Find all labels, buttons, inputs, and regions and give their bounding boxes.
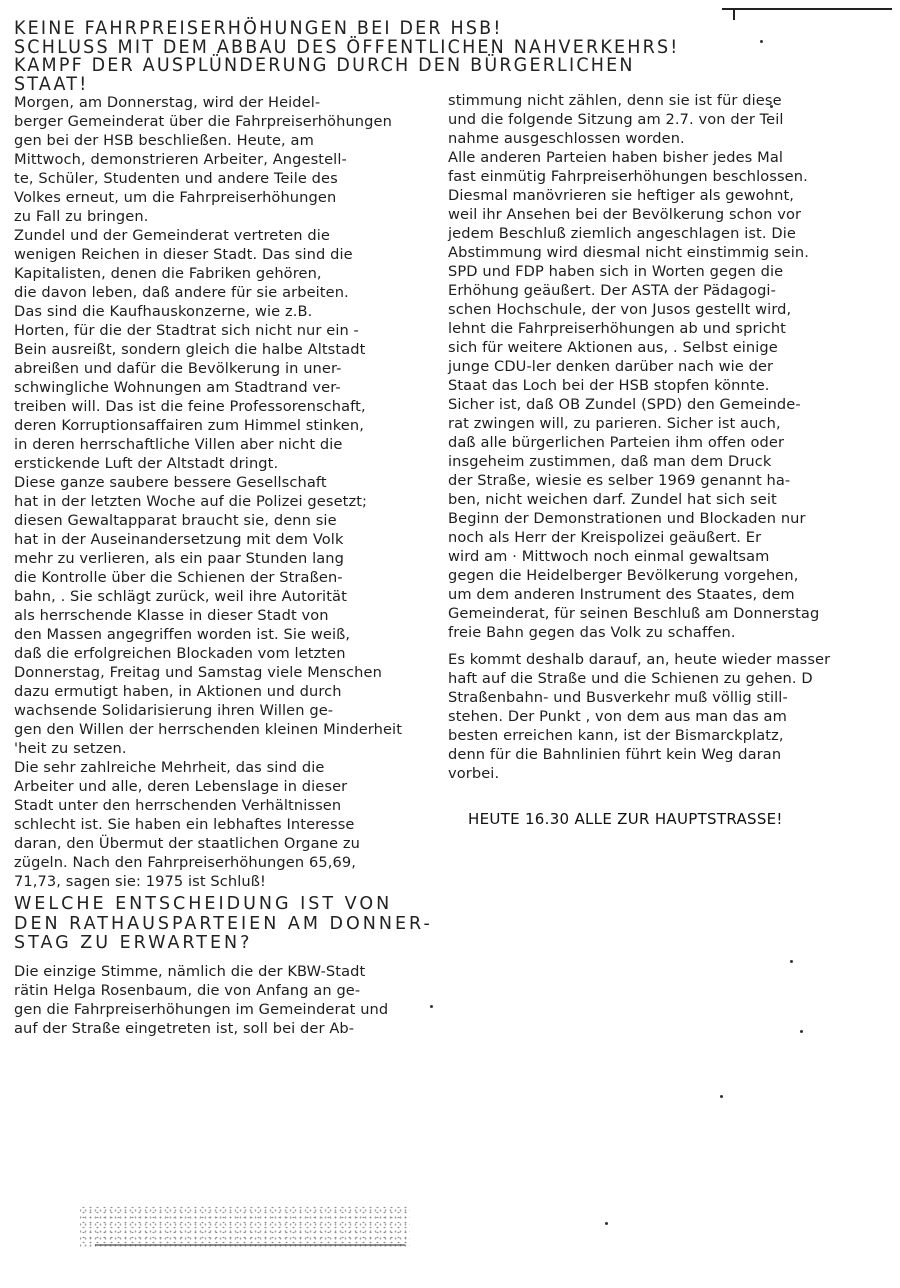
call-to-action: HEUTE 16.30 ALLE ZUR HAUPTSTRASSE! (468, 810, 893, 829)
text-line: schen Hochschule, der von Jusos gestellt… (448, 300, 893, 319)
text-line: deren Korruptionsaffairen zum Himmel sti… (14, 416, 444, 435)
text-line: hat in der Auseinandersetzung mit dem Vo… (14, 530, 444, 549)
text-line: die Kontrolle über die Schienen der Stra… (14, 568, 444, 587)
text-line: Arbeiter und alle, deren Lebenslage in d… (14, 777, 444, 796)
text-line: gegen die Heidelberger Bevölkerung vorge… (448, 566, 893, 585)
text-line: daran, den Übermut der staatlichen Organ… (14, 834, 444, 853)
text-line: zu Fall zu bringen. (14, 207, 444, 226)
text-line: te, Schüler, Studenten und andere Teile … (14, 169, 444, 188)
headline-line: KAMPF DER AUSPLÜNDERUNG DURCH DEN BÜRGER… (14, 57, 754, 76)
text-line: daß alle bürgerlichen Parteien ihm offen… (448, 433, 893, 452)
text-line: SPD und FDP haben sich in Worten gegen d… (448, 262, 893, 281)
text-line: der Straße, wiesie es selber 1969 genann… (448, 471, 893, 490)
text-line: um dem anderen Instrument des Staates, d… (448, 585, 893, 604)
top-border-tick (733, 8, 735, 20)
left-body-2: Die einzige Stimme, nämlich die der KBW-… (14, 962, 444, 1038)
text-line: mehr zu verlieren, als ein paar Stunden … (14, 549, 444, 568)
text-line: junge CDU-ler denken darüber nach wie de… (448, 357, 893, 376)
text-line: schwingliche Wohnungen am Stadtrand ver- (14, 378, 444, 397)
flyer-page: KEINE FAHRPREISERHÖHUNGEN BEI DER HSB! S… (0, 0, 900, 1288)
text-line: Diesmal manövrieren sie heftiger als gew… (448, 186, 893, 205)
headline-line: KEINE FAHRPREISERHÖHUNGEN BEI DER HSB! (14, 20, 754, 39)
text-line: Gemeinderat, für seinen Beschluß am Donn… (448, 604, 893, 623)
text-line: freie Bahn gegen das Volk zu schaffen. (448, 623, 893, 642)
text-line: gen bei der HSB beschließen. Heute, am (14, 131, 444, 150)
text-line: Volkes erneut, um die Fahrpreiserhöhunge… (14, 188, 444, 207)
text-line: Abstimmung wird diesmal nicht einstimmig… (448, 243, 893, 262)
text-line: noch als Herr der Kreispolizei geäußert.… (448, 528, 893, 547)
paragraph-gap (448, 642, 893, 650)
text-line: Stadt unter den herrschenden Verhältniss… (14, 796, 444, 815)
text-line: wachsende Solidarisierung ihren Willen g… (14, 701, 444, 720)
text-line: Erhöhung geäußert. Der ASTA der Pädagogi… (448, 281, 893, 300)
text-line: erstickende Luft der Altstadt dringt. (14, 454, 444, 473)
headline: KEINE FAHRPREISERHÖHUNGEN BEI DER HSB! S… (14, 20, 754, 94)
text-line: Alle anderen Parteien haben bisher jedes… (448, 148, 893, 167)
subheading: WELCHE ENTSCHEIDUNG IST VON DEN RATHAUSP… (14, 895, 444, 954)
text-line: treiben will. Das ist die feine Professo… (14, 397, 444, 416)
text-line: daß die erfolgreichen Blockaden vom letz… (14, 644, 444, 663)
text-line: diesen Gewaltapparat braucht sie, denn s… (14, 511, 444, 530)
text-line: Morgen, am Donnerstag, wird der Heidel- (14, 93, 444, 112)
text-line: Straßenbahn- und Busverkehr muß völlig s… (448, 688, 893, 707)
text-line: nahme ausgeschlossen worden. (448, 129, 893, 148)
photocopy-noise-line (95, 1244, 405, 1246)
text-line: gen den Willen der herrschenden kleinen … (14, 720, 444, 739)
text-line: auf der Straße eingetreten ist, soll bei… (14, 1019, 444, 1038)
text-line: stehen. Der Punkt , von dem aus man das … (448, 707, 893, 726)
text-line: Kapitalisten, denen die Fabriken gehören… (14, 264, 444, 283)
text-line: Das sind die Kaufhauskonzerne, wie z.B. (14, 302, 444, 321)
left-body-1: Morgen, am Donnerstag, wird der Heidel-b… (14, 93, 444, 891)
text-line: und die folgende Sitzung am 2.7. von der… (448, 110, 893, 129)
subheading-line: WELCHE ENTSCHEIDUNG IST VON (14, 895, 444, 915)
speck (430, 1005, 433, 1008)
text-line: fast einmütig Fahrpreiserhöhungen beschl… (448, 167, 893, 186)
speck (770, 105, 773, 108)
text-line: denn für die Bahnlinien führt kein Weg d… (448, 745, 893, 764)
text-line: den Massen angegriffen worden ist. Sie w… (14, 625, 444, 644)
text-line: Die einzige Stimme, nämlich die der KBW-… (14, 962, 444, 981)
speck (800, 1030, 803, 1033)
right-body-2: Es kommt deshalb darauf, an, heute wiede… (448, 650, 893, 783)
text-line: Horten, für die der Stadtrat sich nicht … (14, 321, 444, 340)
text-line: in deren herrschaftliche Villen aber nic… (14, 435, 444, 454)
text-line: Donnerstag, Freitag und Samstag viele Me… (14, 663, 444, 682)
text-line: Beginn der Demonstrationen und Blockaden… (448, 509, 893, 528)
text-line: wird am · Mittwoch noch einmal gewaltsam (448, 547, 893, 566)
subheading-line: DEN RATHAUSPARTEIEN AM DONNER- (14, 915, 444, 935)
text-line: wenigen Reichen in dieser Stadt. Das sin… (14, 245, 444, 264)
text-line: hat in der letzten Woche auf die Polizei… (14, 492, 444, 511)
text-line: besten erreichen kann, ist der Bismarckp… (448, 726, 893, 745)
speck (605, 1222, 608, 1225)
text-line: Staat das Loch bei der HSB stopfen könnt… (448, 376, 893, 395)
speck (720, 1095, 723, 1098)
text-line: vorbei. (448, 764, 893, 783)
text-line: Die sehr zahlreiche Mehrheit, das sind d… (14, 758, 444, 777)
photocopy-noise (80, 1205, 410, 1247)
subheading-line: STAG ZU ERWARTEN? (14, 934, 444, 954)
right-column: stimmung nicht zählen, denn sie ist für … (448, 91, 893, 829)
text-line: Bein ausreißt, sondern gleich die halbe … (14, 340, 444, 359)
top-border-rule (722, 8, 892, 10)
text-line: ben, nicht weichen darf. Zundel hat sich… (448, 490, 893, 509)
text-line: abreißen und dafür die Bevölkerung in un… (14, 359, 444, 378)
text-line: Es kommt deshalb darauf, an, heute wiede… (448, 650, 893, 669)
text-line: dazu ermutigt haben, in Aktionen und dur… (14, 682, 444, 701)
text-line: berger Gemeinderat über die Fahrpreiserh… (14, 112, 444, 131)
text-line: 71,73, sagen sie: 1975 ist Schluß! (14, 872, 444, 891)
text-line: haft auf die Straße und die Schienen zu … (448, 669, 893, 688)
text-line: weil ihr Ansehen bei der Bevölkerung sch… (448, 205, 893, 224)
left-column: Morgen, am Donnerstag, wird der Heidel-b… (14, 93, 444, 1038)
text-line: die davon leben, daß andere für sie arbe… (14, 283, 444, 302)
text-line: sich für weitere Aktionen aus, . Selbst … (448, 338, 893, 357)
text-line: rätin Helga Rosenbaum, die von Anfang an… (14, 981, 444, 1000)
text-line: 'heit zu setzen. (14, 739, 444, 758)
text-line: schlecht ist. Sie haben ein lebhaftes In… (14, 815, 444, 834)
text-line: stimmung nicht zählen, denn sie ist für … (448, 91, 893, 110)
text-line: als herrschende Klasse in dieser Stadt v… (14, 606, 444, 625)
text-line: bahn, . Sie schlägt zurück, weil ihre Au… (14, 587, 444, 606)
text-line: Mittwoch, demonstrieren Arbeiter, Angest… (14, 150, 444, 169)
speck (760, 40, 763, 43)
text-line: Zundel und der Gemeinderat vertreten die (14, 226, 444, 245)
text-line: jedem Beschluß ziemlich angeschlagen ist… (448, 224, 893, 243)
text-line: insgeheim zustimmen, daß man dem Druck (448, 452, 893, 471)
text-line: lehnt die Fahrpreiserhöhungen ab und spr… (448, 319, 893, 338)
right-body-1: stimmung nicht zählen, denn sie ist für … (448, 91, 893, 642)
text-line: zügeln. Nach den Fahrpreiserhöhungen 65,… (14, 853, 444, 872)
text-line: Sicher ist, daß OB Zundel (SPD) den Geme… (448, 395, 893, 414)
speck (790, 960, 793, 963)
text-line: gen die Fahrpreiserhöhungen im Gemeinder… (14, 1000, 444, 1019)
text-line: Diese ganze saubere bessere Gesellschaft (14, 473, 444, 492)
text-line: rat zwingen will, zu parieren. Sicher is… (448, 414, 893, 433)
